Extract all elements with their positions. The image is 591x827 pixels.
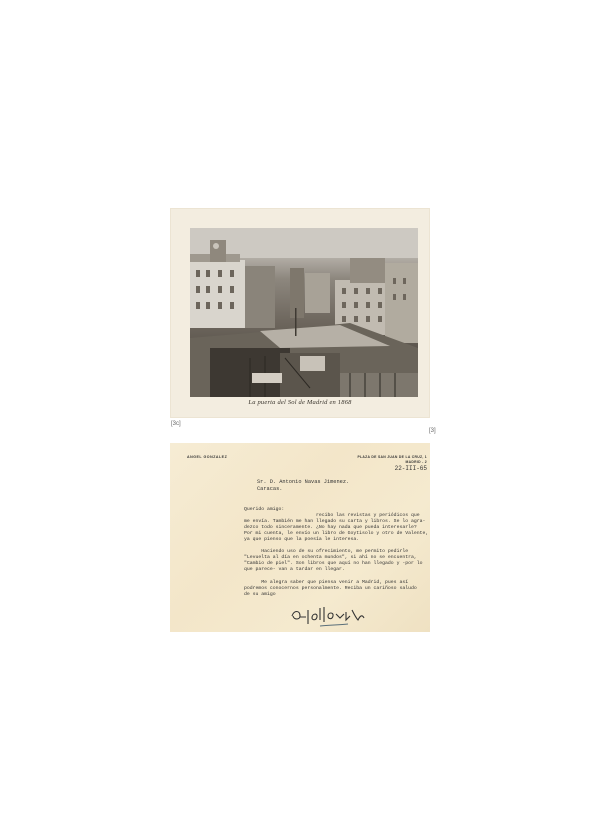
page-label-right: [3]	[429, 428, 436, 434]
letter-body: Querido amigo: recibo las revistas y per…	[244, 507, 428, 598]
letterhead-address: PLAZA DE SAN JUAN DE LA CRUZ, 1 MADRID -…	[357, 455, 427, 465]
body-line: de su amigo	[244, 592, 428, 598]
letterhead-sender: ANGEL GONZALEZ	[187, 455, 227, 459]
typed-letter: ANGEL GONZALEZ PLAZA DE SAN JUAN DE LA C…	[170, 443, 430, 632]
recipient-name: Sr. D. Antonio Navas Jimenez.	[257, 479, 349, 486]
recipient-block: Sr. D. Antonio Navas Jimenez.Caracas.	[257, 479, 349, 493]
photo-card: La puerta del Sol de Madrid en 1868	[170, 208, 430, 418]
page-label-left: [3c]	[171, 421, 181, 427]
recipient-city: Caracas.	[257, 486, 349, 493]
letter-date: 22-III-65	[395, 465, 427, 472]
body-line: Me alegra saber que piensa venir a Madri…	[244, 580, 428, 586]
historic-photograph	[190, 228, 418, 397]
street-scene-illustration	[190, 228, 418, 397]
body-paragraphs: recibo las revistas y periódicos queme e…	[244, 513, 428, 598]
photo-caption: La puerta del Sol de Madrid en 1868	[170, 399, 430, 406]
signature-scribble-icon	[290, 604, 370, 628]
signature	[290, 604, 370, 633]
body-line: podremos conocernos personalmente. Recib…	[244, 586, 428, 592]
